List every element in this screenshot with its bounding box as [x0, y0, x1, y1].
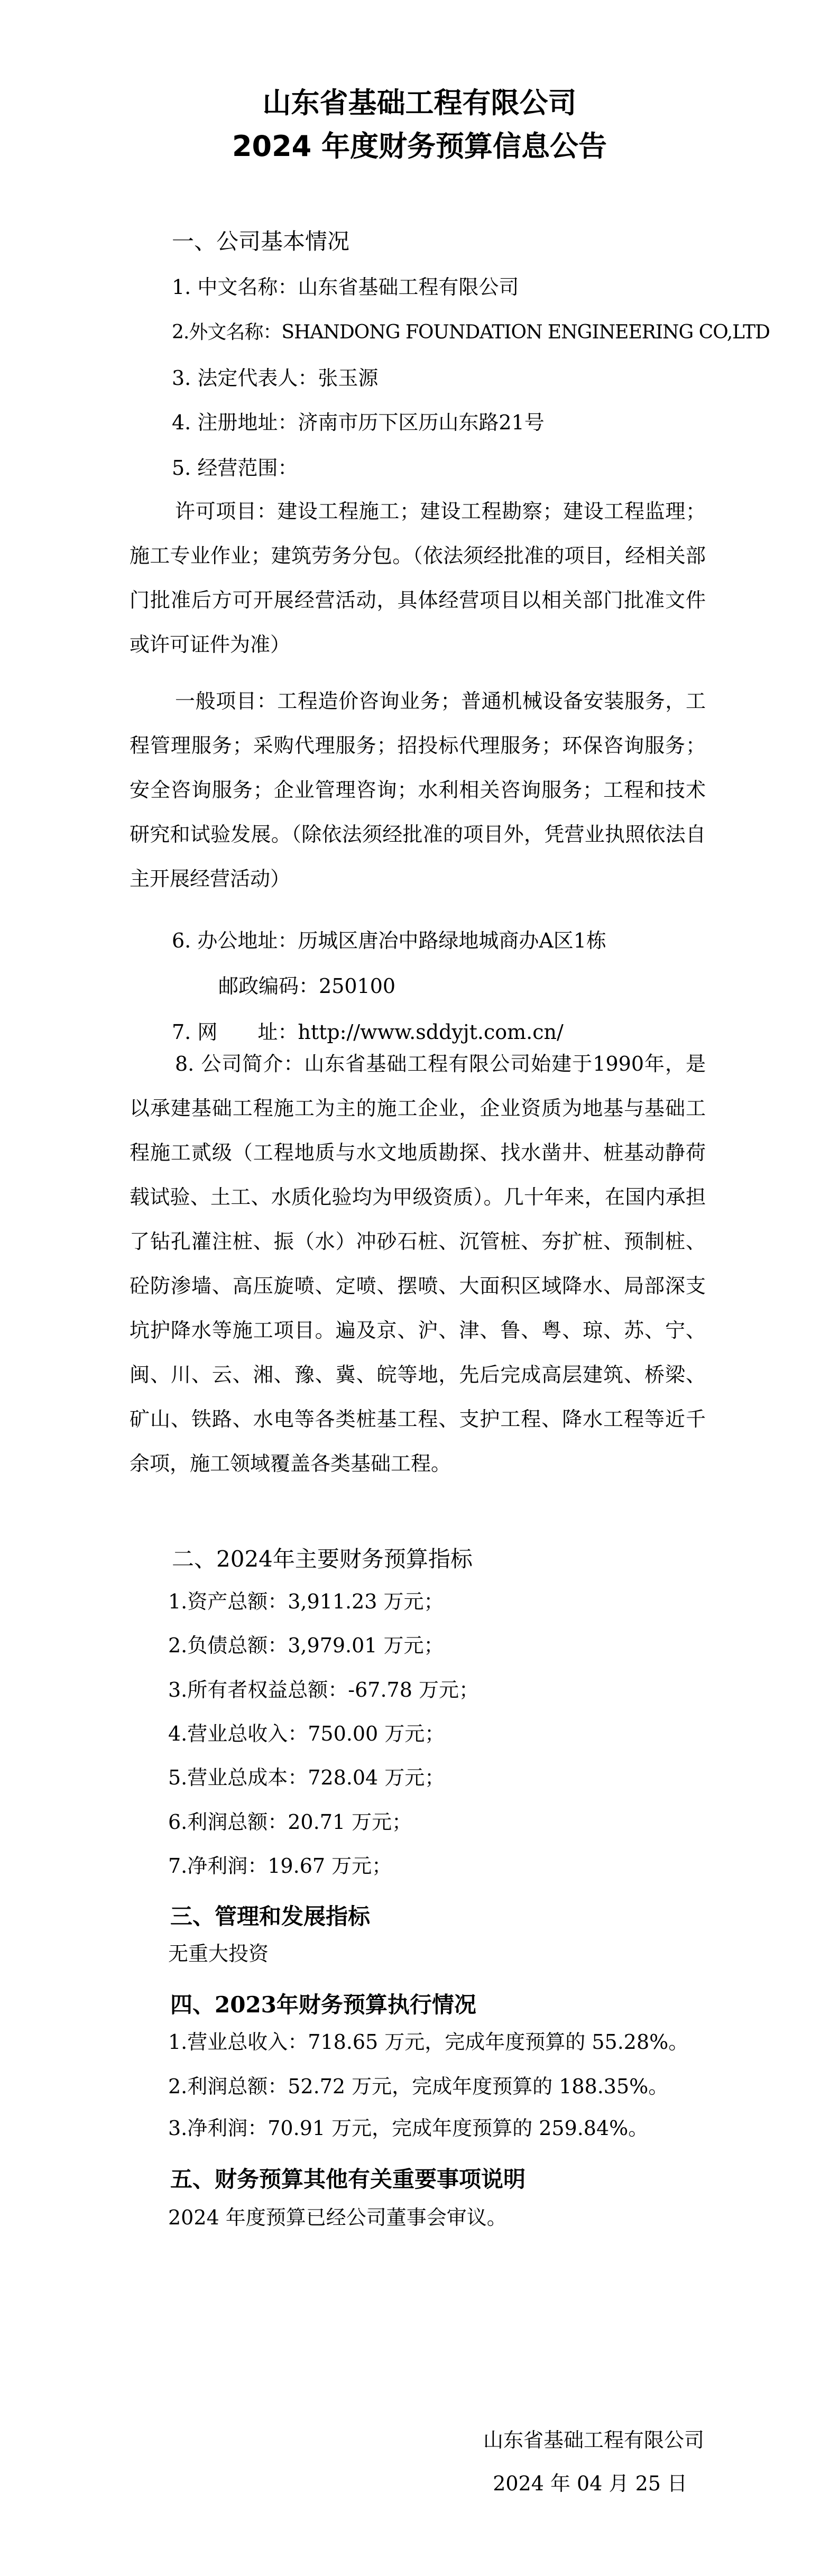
- section4-heading: 四、2023年财务预算执行情况: [170, 1991, 476, 2019]
- item-value: 250100: [319, 974, 395, 998]
- title-company: 山东省基础工程有限公司: [0, 85, 839, 122]
- item-registered-address: 4. 注册地址：济南市历下区历山东路21号: [172, 409, 545, 436]
- item-value: 张玉源: [318, 366, 378, 390]
- item-label: 7. 网 址：: [172, 1020, 298, 1044]
- section1-heading: 一、公司基本情况: [172, 227, 349, 256]
- execution-item-total-profit: 2.利润总额：52.72 万元，完成年度预算的 188.35%。: [168, 2073, 668, 2100]
- scope-general-paragraph: 一般项目：工程造价咨询业务；普通机械设备安装服务，工程管理服务；采购代理服务；招…: [130, 679, 706, 901]
- section5-text: 2024 年度预算已经公司董事会审议。: [168, 2204, 507, 2231]
- budget-item-owner-equity: 3.所有者权益总额：-67.78 万元；: [168, 1677, 479, 1703]
- budget-item-total-profit: 6.利润总额：20.71 万元；: [168, 1809, 412, 1835]
- item-label: 6. 办公地址：: [172, 929, 298, 952]
- section5-heading: 五、财务预算其他有关重要事项说明: [170, 2165, 525, 2194]
- item-value: SHANDONG FOUNDATION ENGINEERING CO,LTD: [281, 321, 770, 343]
- item-label: 5. 经营范围：: [172, 456, 298, 480]
- item-english-name: 2.外文名称：SHANDONG FOUNDATION ENGINEERING C…: [172, 319, 770, 346]
- item-value: 历城区唐冶中路绿地城商办A区1栋: [298, 929, 606, 952]
- item-postal-code: 邮政编码：250100: [218, 973, 395, 999]
- signature-date: 2024 年 04 月 25 日: [370, 2470, 687, 2497]
- item-chinese-name: 1. 中文名称：山东省基础工程有限公司: [172, 274, 519, 300]
- item-value: 济南市历下区历山东路21号: [298, 411, 544, 434]
- budget-item-total-cost: 5.营业总成本：728.04 万元；: [168, 1764, 445, 1791]
- title-announcement: 2024 年度财务预算信息公告: [0, 128, 839, 165]
- section3-text: 无重大投资: [168, 1940, 269, 1967]
- item-legal-rep: 3. 法定代表人：张玉源: [172, 365, 378, 391]
- budget-item-total-revenue: 4.营业总收入：750.00 万元；: [168, 1721, 445, 1747]
- company-profile-paragraph: 8. 公司简介：山东省基础工程有限公司始建于1990年，是以承建基础工程施工为主…: [130, 1042, 706, 1486]
- section2-heading: 二、2024年主要财务预算指标: [172, 1545, 473, 1574]
- item-label: 3. 法定代表人：: [172, 366, 318, 390]
- item-value: 山东省基础工程有限公司: [298, 275, 519, 299]
- budget-item-net-profit: 7.净利润：19.67 万元；: [168, 1853, 392, 1879]
- section3-heading: 三、管理和发展指标: [170, 1902, 370, 1931]
- signature-company: 山东省基础工程有限公司: [370, 2427, 704, 2453]
- item-label: 1. 中文名称：: [172, 275, 298, 299]
- website-link[interactable]: http://www.sddyjt.com.cn/: [298, 1020, 563, 1044]
- scope-permit-paragraph: 许可项目：建设工程施工；建设工程勘察；建设工程监理；施工专业作业；建筑劳务分包。…: [130, 489, 706, 667]
- budget-item-total-assets: 1.资产总额：3,911.23 万元；: [168, 1588, 444, 1615]
- item-label: 2.外文名称：: [172, 321, 281, 343]
- item-label: 4. 注册地址：: [172, 411, 298, 434]
- item-office-address: 6. 办公地址：历城区唐冶中路绿地城商办A区1栋: [172, 927, 606, 954]
- execution-item-revenue: 1.营业总收入：718.65 万元，完成年度预算的 55.28%。: [168, 2029, 688, 2055]
- budget-item-total-liabilities: 2.负债总额：3,979.01 万元；: [168, 1632, 444, 1659]
- item-label: 邮政编码：: [218, 974, 319, 998]
- execution-item-net-profit: 3.净利润：70.91 万元，完成年度预算的 259.84%。: [168, 2115, 648, 2141]
- item-business-scope: 5. 经营范围：: [172, 455, 298, 481]
